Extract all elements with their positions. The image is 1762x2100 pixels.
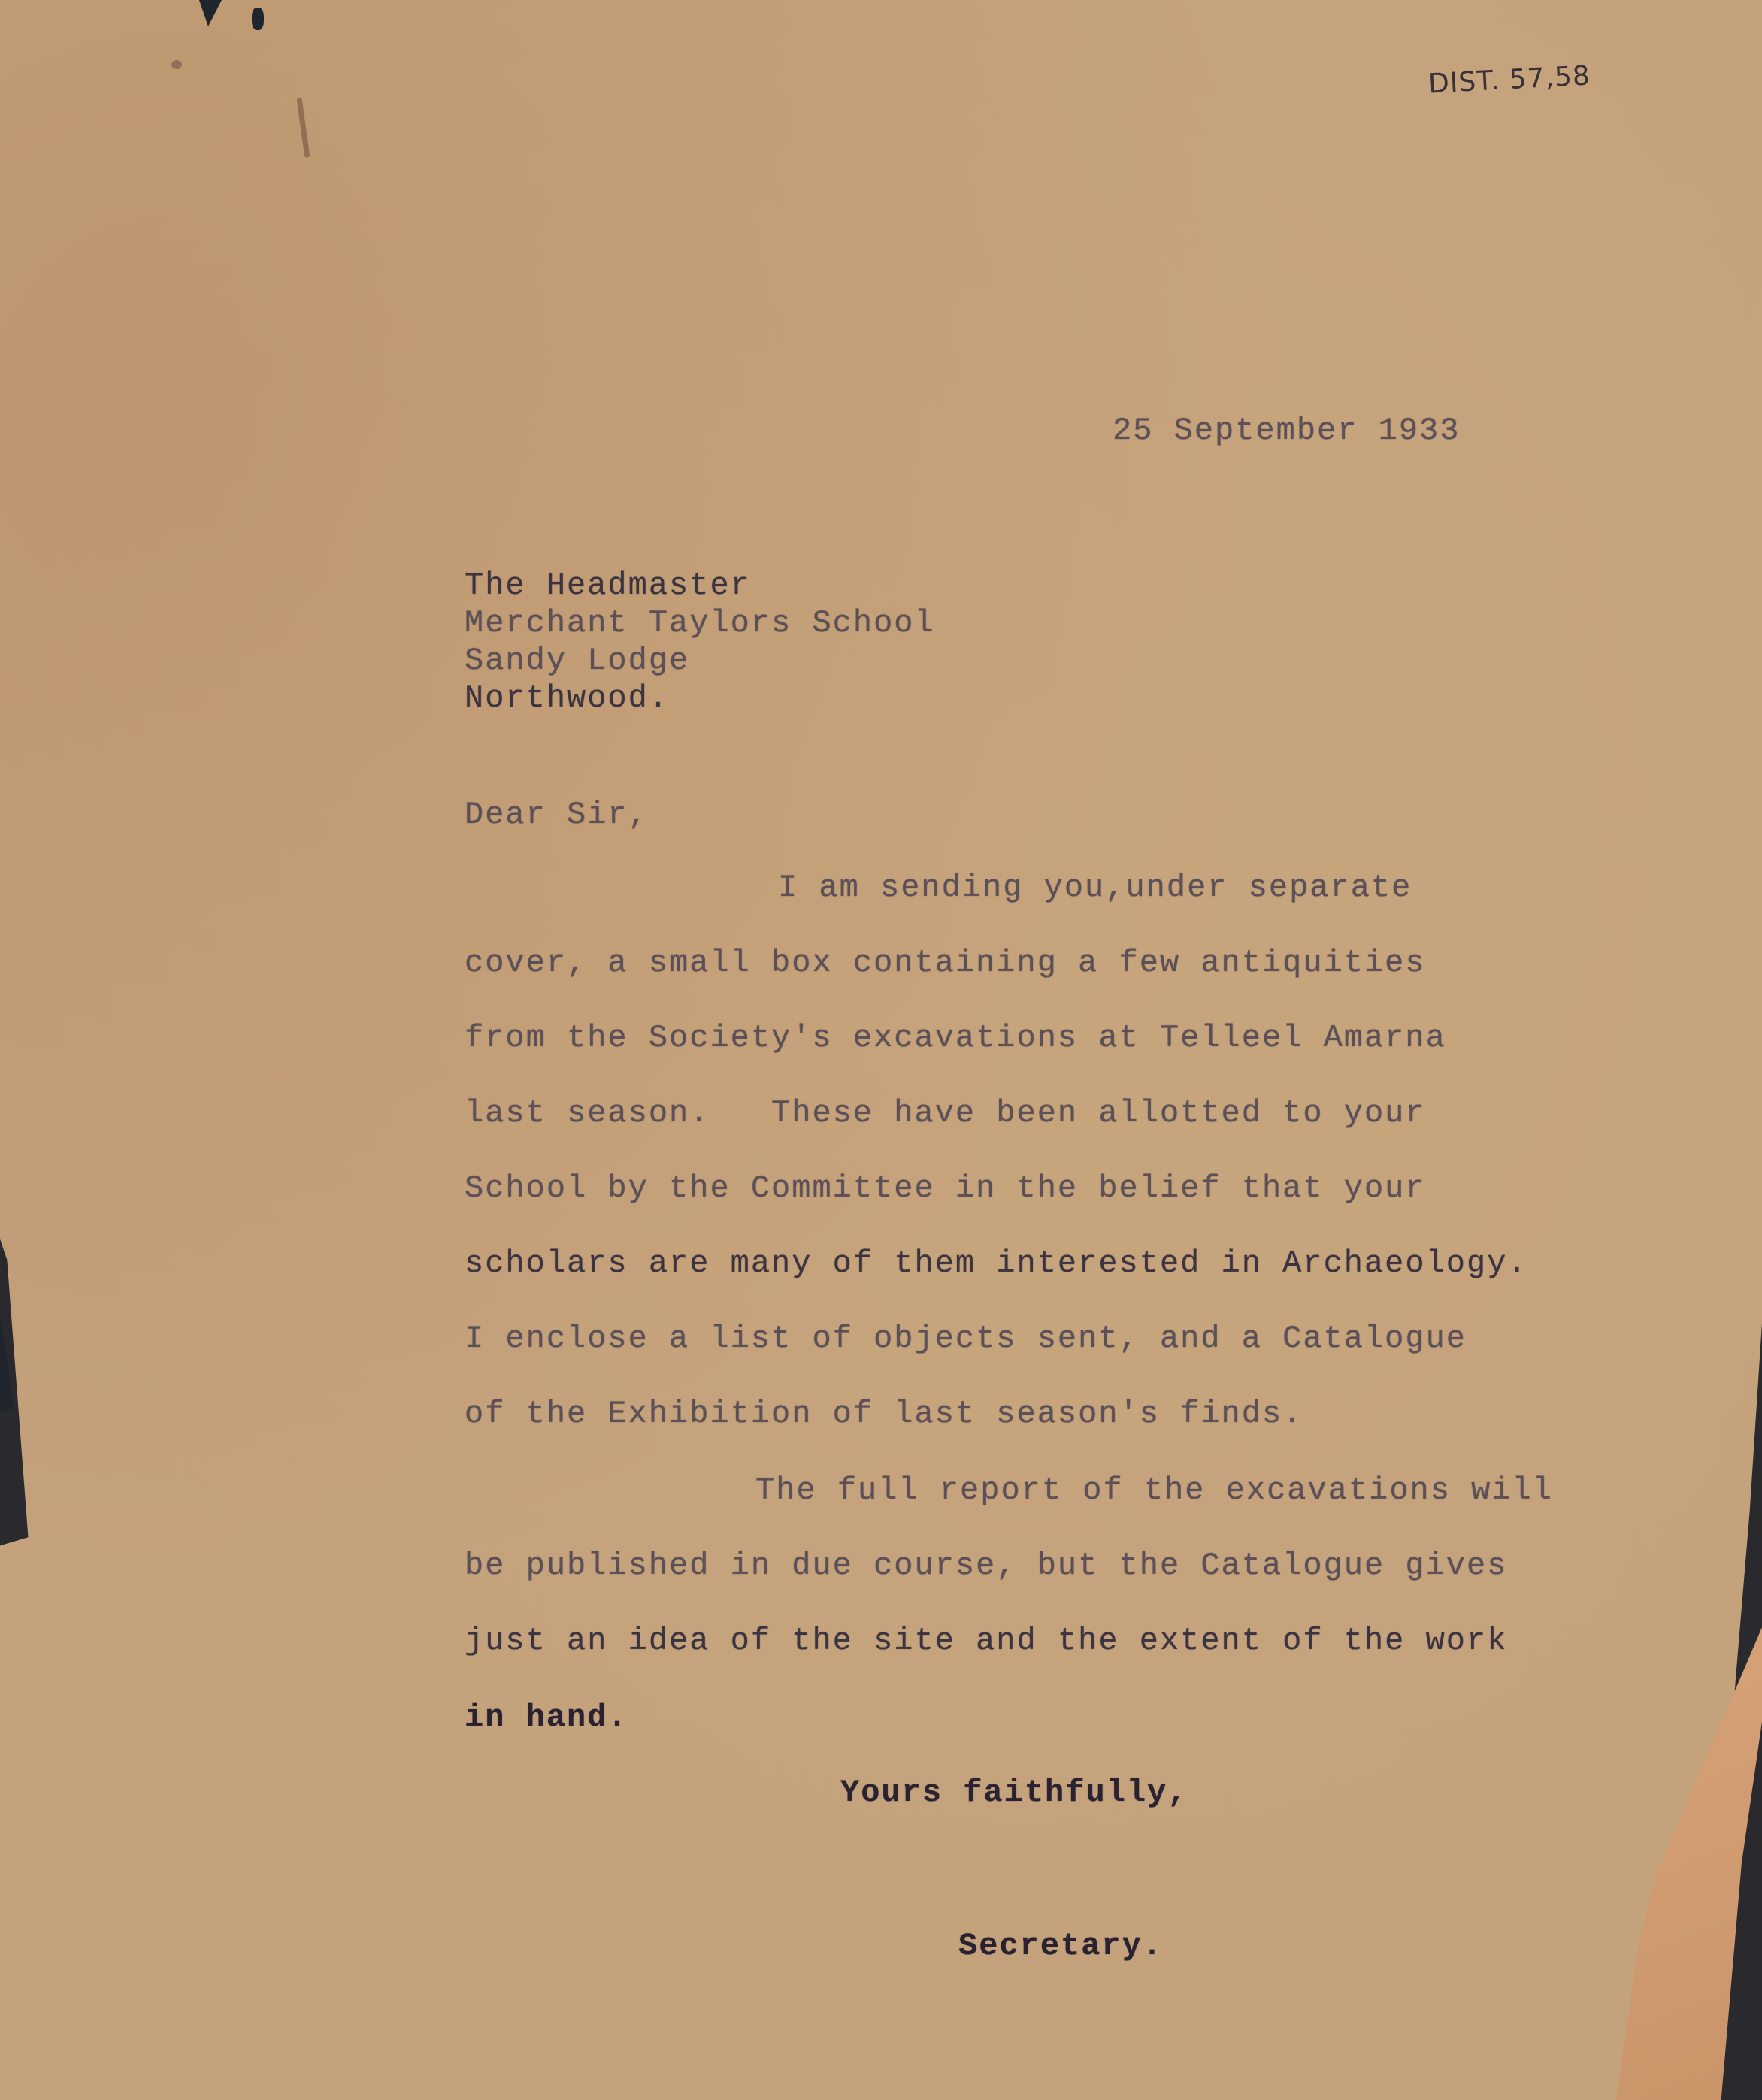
recipient-line: Merchant Taylors School (465, 607, 935, 639)
body-line: last season. These have been allotted to… (465, 1097, 1426, 1129)
recipient-line: The Headmaster (465, 570, 751, 601)
body-line: I enclose a list of objects sent, and a … (465, 1323, 1467, 1354)
body-line: scholars are many of them interested in … (465, 1248, 1528, 1279)
signature-title: Secretary. (958, 1930, 1163, 1962)
recipient-line: Sandy Lodge (465, 645, 689, 676)
body-line: I am sending you,under separate (778, 872, 1412, 903)
torn-edge-left (0, 1315, 14, 1413)
body-line: just an idea of the site and the extent … (465, 1625, 1507, 1657)
recipient-line: Northwood. (465, 682, 669, 714)
letter-date: 25 September 1933 (1113, 415, 1460, 446)
torn-edge-top-2 (252, 8, 264, 30)
closing: Yours faithfully, (840, 1777, 1188, 1808)
ink-spot (171, 60, 182, 69)
body-line: in hand. (465, 1702, 628, 1733)
body-line: of the Exhibition of last season's finds… (465, 1398, 1303, 1430)
body-line: from the Society's excavations at Tellee… (465, 1022, 1446, 1054)
body-line: The full report of the excavations will (755, 1475, 1553, 1506)
body-line: cover, a small box containing a few anti… (465, 947, 1426, 979)
body-line: be published in due course, but the Cata… (465, 1550, 1507, 1581)
body-line: School by the Committee in the belief th… (465, 1173, 1426, 1204)
salutation: Dear Sir, (465, 799, 649, 831)
